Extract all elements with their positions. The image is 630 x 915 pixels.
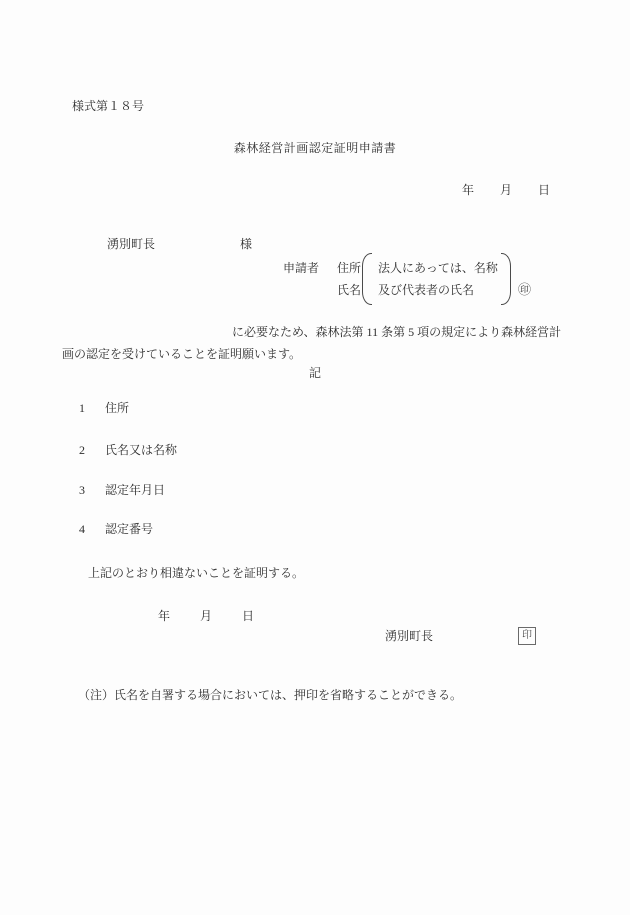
- item-label: 氏名又は名称: [105, 443, 177, 457]
- body-text-line1: に必要なため、森林法第 11 条第 5 項の規定により森林経営計: [232, 325, 561, 339]
- list-item-certification-date: 3認定年月日: [67, 469, 165, 512]
- body-text-line2: 画の認定を受けていることを証明願います。: [62, 347, 301, 361]
- item-label: 住所: [105, 401, 129, 415]
- certification-date-line: 年 月 日: [158, 609, 254, 623]
- application-date-line: 年 月 日: [462, 183, 550, 197]
- year-label: 年: [462, 183, 474, 197]
- addressee-title: 湧別町長: [107, 237, 155, 251]
- item-number: 4: [79, 522, 105, 536]
- application-form-page: 様式第１８号 森林経営計画認定証明申請書 年 月 日 湧別町長様 申請者 住所 …: [0, 0, 630, 915]
- addressee-line: 湧別町長様: [95, 223, 252, 266]
- day-label: 日: [242, 609, 254, 623]
- item-number: 1: [79, 401, 105, 415]
- certification-statement: 上記のとおり相違ないことを証明する。: [88, 566, 304, 580]
- list-item-address: 1住所: [67, 387, 129, 430]
- month-label: 月: [500, 183, 512, 197]
- item-number: 2: [79, 443, 105, 457]
- corporate-note-line2: 及び代表者の氏名: [378, 283, 474, 297]
- corporate-note-line1: 法人にあっては、名称: [378, 261, 498, 275]
- applicant-seal-icon: ㊞: [518, 282, 531, 298]
- item-number: 3: [79, 483, 105, 497]
- item-label: 認定年月日: [105, 483, 165, 497]
- list-item-certification-number: 4認定番号: [67, 508, 153, 551]
- year-label: 年: [158, 609, 170, 623]
- signer-seal-box: 印: [518, 627, 536, 645]
- applicant-address-label: 住所: [337, 261, 361, 275]
- list-item-name: 2氏名又は名称: [67, 429, 177, 472]
- day-label: 日: [538, 183, 550, 197]
- bracket-right: [501, 253, 511, 305]
- item-label: 認定番号: [105, 522, 153, 536]
- bracket-left: [362, 253, 372, 305]
- note-text: （注）氏名を自署する場合においては、押印を省略することができる。: [78, 688, 462, 702]
- addressee-honorific: 様: [240, 237, 252, 251]
- month-label: 月: [200, 609, 212, 623]
- document-title: 森林経営計画認定証明申請書: [0, 141, 630, 155]
- list-heading: 記: [0, 366, 630, 380]
- signer-title: 湧別町長: [385, 629, 433, 643]
- applicant-label: 申請者: [283, 261, 319, 275]
- form-number: 様式第１８号: [72, 99, 144, 113]
- applicant-name-label: 氏名: [337, 283, 361, 297]
